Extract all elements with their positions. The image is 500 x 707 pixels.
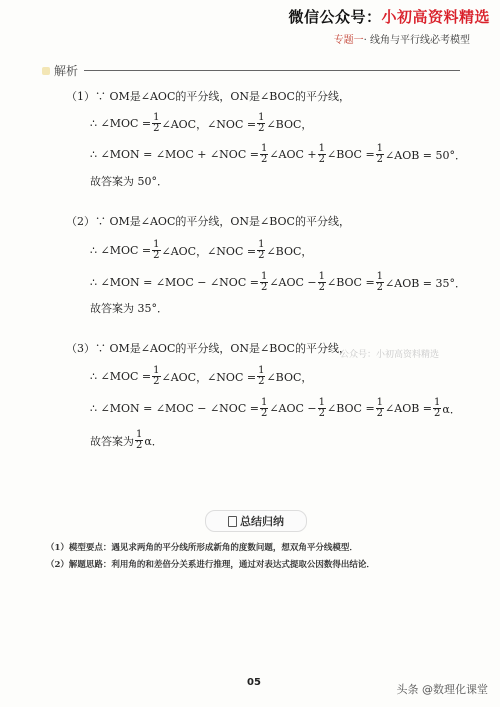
wechat-prefix: 微信公众号： xyxy=(288,8,381,26)
watermark: 公众号：小初高资料精选 xyxy=(340,347,439,360)
part3-answer: 故答案为 12 α． xyxy=(90,430,163,451)
fraction: 12 xyxy=(257,113,265,134)
fraction: 12 xyxy=(152,113,160,134)
brand-watermark: 头条 @数理化课堂 xyxy=(397,681,489,697)
summary-item-2: （2）解题思路：利用角的和差倍分关系进行推理，通过对表达式提取公因数得出结论． xyxy=(46,558,375,570)
fraction: 12 xyxy=(260,144,268,165)
fraction: 12 xyxy=(152,366,160,387)
fraction: 12 xyxy=(318,398,326,419)
section-label: 解析 xyxy=(54,62,78,79)
book-icon xyxy=(228,516,237,527)
part1-step1: ∴ ∠MOC = 12 ∠AOC，∠NOC = 12 ∠BOC， xyxy=(90,113,312,134)
part2-step1: ∴ ∠MOC = 12 ∠AOC，∠NOC = 12 ∠BOC， xyxy=(90,240,312,261)
wechat-header: 微信公众号：小初高资料精选 xyxy=(288,6,490,27)
section-heading: 解析 xyxy=(42,62,460,79)
part3-step2: ∴ ∠MON = ∠MOC − ∠NOC = 12 ∠AOC − 12 ∠BOC… xyxy=(90,398,461,419)
part1-step2: ∴ ∠MON = ∠MOC + ∠NOC = 12 ∠AOC + 12 ∠BOC… xyxy=(90,144,466,165)
fraction: 12 xyxy=(376,398,384,419)
wechat-name: 小初高资料精选 xyxy=(381,8,490,26)
fraction: 12 xyxy=(257,366,265,387)
section-marker-icon xyxy=(42,67,50,75)
fraction: 12 xyxy=(318,272,326,293)
part2-premise: （2）∵ OM是∠AOC的平分线，ON是∠BOC的平分线， xyxy=(66,213,350,229)
fraction: 12 xyxy=(260,398,268,419)
summary-item-1: （1）模型要点：遇见求两角的平分线所形成新角的度数问题，想双角平分线模型． xyxy=(46,541,358,553)
topic-prefix: 专题一 xyxy=(334,35,364,46)
section-rule xyxy=(84,70,460,71)
topic-title: · 线角与平行线必考模型 xyxy=(364,35,470,46)
part2-step2: ∴ ∠MON = ∠MOC − ∠NOC = 12 ∠AOC − 12 ∠BOC… xyxy=(90,272,466,293)
part3-step1: ∴ ∠MOC = 12 ∠AOC，∠NOC = 12 ∠BOC， xyxy=(90,366,312,387)
summary-heading: 总结归纳 xyxy=(205,510,307,532)
fraction: 12 xyxy=(135,430,143,451)
fraction: 12 xyxy=(318,144,326,165)
part3-premise: （3）∵ OM是∠AOC的平分线，ON是∠BOC的平分线， xyxy=(66,340,350,356)
fraction: 12 xyxy=(260,272,268,293)
fraction: 12 xyxy=(433,398,441,419)
fraction: 12 xyxy=(376,144,384,165)
part1-answer: 故答案为 50°． xyxy=(90,173,168,189)
topic-header: 专题一· 线角与平行线必考模型 xyxy=(334,31,470,46)
fraction: 12 xyxy=(152,240,160,261)
page-number: 05 xyxy=(247,677,261,688)
part2-answer: 故答案为 35°． xyxy=(90,300,168,316)
fraction: 12 xyxy=(257,240,265,261)
part1-premise: （1）∵ OM是∠AOC的平分线，ON是∠BOC的平分线， xyxy=(66,88,350,104)
fraction: 12 xyxy=(376,272,384,293)
